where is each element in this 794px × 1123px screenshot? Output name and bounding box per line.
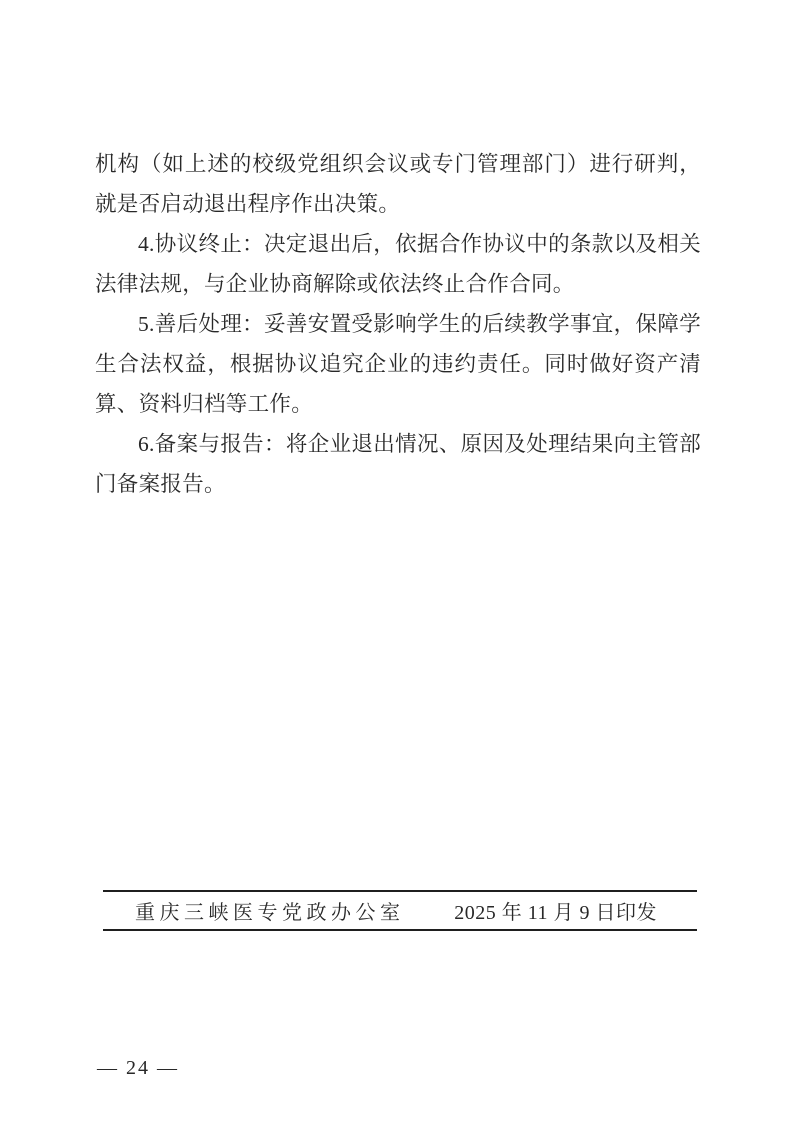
document-page: 机构（如上述的校级党组织会议或专门管理部门）进行研判，就是否启动退出程序作出决策… bbox=[0, 0, 794, 1123]
paragraph-item-4-agreement-termination: 4.协议终止：决定退出后，依据合作协议中的条款以及相关法律法规，与企业协商解除或… bbox=[95, 224, 701, 304]
colophon: 重庆三峡医专党政办公室 2025 年 11 月 9 日印发 bbox=[103, 890, 697, 931]
paragraph-item-5-aftermath-handling: 5.善后处理：妥善安置受影响学生的后续教学事宜，保障学生合法权益，根据协议追究企… bbox=[95, 304, 701, 424]
page-number: — 24 — bbox=[97, 1056, 179, 1080]
paragraph-continuation: 机构（如上述的校级党组织会议或专门管理部门）进行研判，就是否启动退出程序作出决策… bbox=[95, 144, 701, 224]
print-date: 2025 年 11 月 9 日印发 bbox=[454, 896, 657, 925]
paragraph-item-6-filing-report: 6.备案与报告：将企业退出情况、原因及处理结果向主管部门备案报告。 bbox=[95, 424, 701, 504]
document-body: 机构（如上述的校级党组织会议或专门管理部门）进行研判，就是否启动退出程序作出决策… bbox=[95, 144, 701, 504]
issuing-office: 重庆三峡医专党政办公室 bbox=[135, 896, 405, 925]
